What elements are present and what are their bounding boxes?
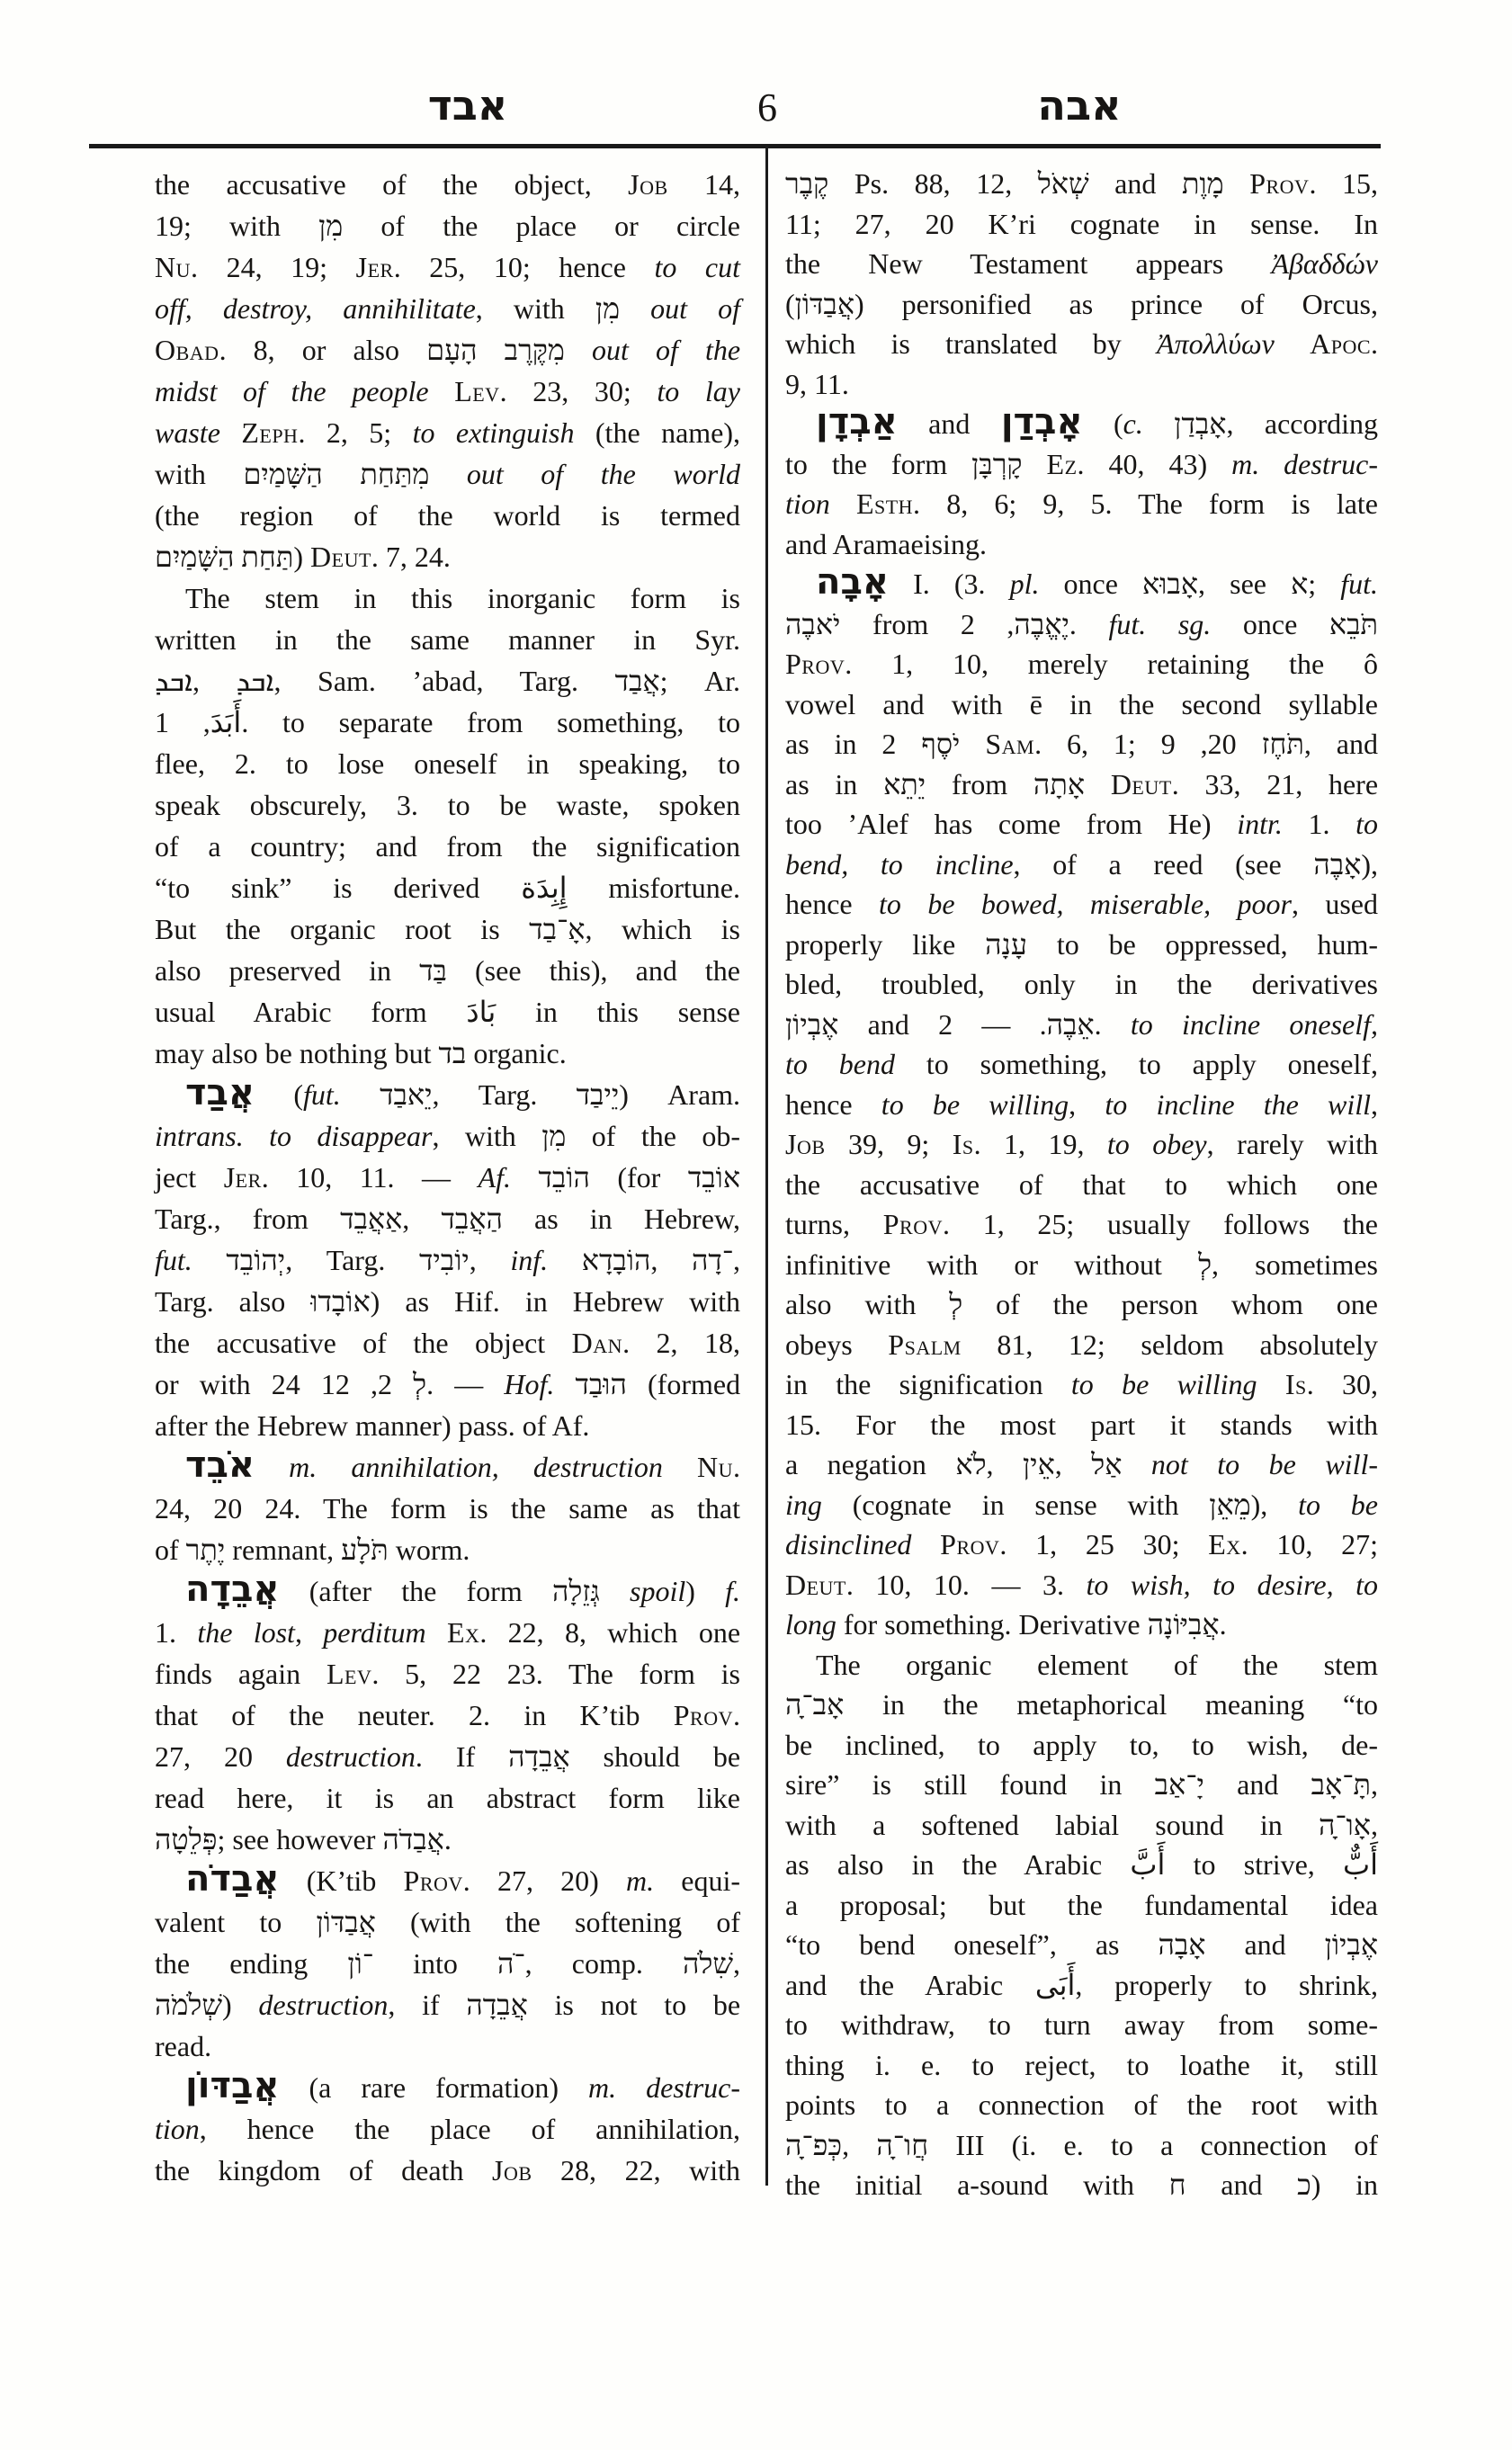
text-line: thing i. e. to reject, to loathe it, sti… (785, 2045, 1378, 2086)
dictionary-paragraph: קֶבֶר Ps. 88, 12, שְׁאֹל and מָוֶת Prov.… (785, 164, 1378, 404)
text-line: כְּפ־ָה,‎ חֲו־ָה III (i. e. to a connect… (785, 2125, 1378, 2166)
text-line: to withdraw, to turn away from some- (785, 2005, 1378, 2045)
text-line: the ending ־וֹן into ־ֹה, comp. שִׁלֹה, (155, 1943, 740, 1984)
text-line: אַבְדָן and אָבְדַן (c. אָבְדַן, accordi… (785, 404, 1378, 444)
text-line: the kingdom of death Job 28, 22, with (155, 2150, 740, 2191)
text-line: יֹאבֶה from יֶאֱבֶה, 2. fut. sg. once תֹ… (785, 604, 1378, 645)
text-line: Deut. 10, 10. — 3. to wish, to desire, t… (785, 1565, 1378, 1605)
dictionary-paragraph: אֲבֵדָה (after the form גְּזֵלָה spoil) … (155, 1570, 740, 1860)
text-line: bled, troubled, only in the derivatives (785, 964, 1378, 1005)
text-line: the New Testament appears Ἀβαδδών (785, 244, 1378, 284)
text-line: to bend to something, to apply oneself, (785, 1044, 1378, 1085)
text-line: intrans. to disappear, with מִן of the o… (155, 1115, 740, 1157)
text-line: אֲבַד (fut. יֵאבַד, Targ. יֵיבַד) Aram. (155, 1074, 740, 1115)
text-line: ject Jer. 10, 11. — Af. הוֹבֵד (for אוֹב… (155, 1157, 740, 1198)
text-line: flee, 2. to lose oneself in speaking, to (155, 743, 740, 784)
text-line: may also be nothing but בד organic. (155, 1033, 740, 1074)
text-line: too ’Alef has come from He) intr. 1. to (785, 804, 1378, 845)
text-line: obeys Psalm 81, 12; seldom absolutely (785, 1325, 1378, 1365)
dictionary-paragraph: אֲבַדּוֹן (a rare formation) m. destruc-… (155, 2067, 740, 2191)
text-line: hence to be bowed, miserable, poor, used (785, 884, 1378, 925)
text-line: read. (155, 2025, 740, 2067)
text-line: אָב־ָה in the metaphorical meaning “to (785, 1685, 1378, 1725)
text-line: the accusative of the object Dan. 2, 18, (155, 1322, 740, 1364)
text-line: after the Hebrew manner) pass. of Af. (155, 1405, 740, 1446)
column-divider (765, 146, 768, 2186)
text-line: also with לְ of the person whom one (785, 1284, 1378, 1325)
text-line: “to bend oneself”, as אָבָה and אֶבְיוֹן (785, 1925, 1378, 1965)
text-line: the accusative of that to which one (785, 1165, 1378, 1205)
text-line: תַּחַת הַשָּׁמַיִם) Deut. 7, 24. (155, 536, 740, 577)
text-line: The organic element of the stem (785, 1645, 1378, 1685)
page-number: 6 (691, 86, 844, 130)
text-line: אָבָה I. (3. pl. once אָבוּא, see א; fut… (785, 564, 1378, 604)
dictionary-paragraph: אֹבֵד m. annihilation, destruction Nu.24… (155, 1446, 740, 1570)
dictionary-paragraph: The organic element of the stemאָב־ָה in… (785, 1645, 1378, 2205)
text-line: as in יֹסֶף 2 Sam. 6, 1; תֹּחֶז 20, 9, a… (785, 724, 1378, 765)
text-line: 19; with מִן of the place or circle (155, 205, 740, 246)
page: אבד 6 אבה the accusative of the object, … (0, 0, 1512, 2450)
dictionary-paragraph: אֲבַד (fut. יֵאבַד, Targ. יֵיבַד) Aram.i… (155, 1074, 740, 1446)
text-line: פְּלֵטָה; see however אֲבַדֹה. (155, 1819, 740, 1860)
text-line: tion, hence the place of annihilation, (155, 2108, 740, 2150)
text-line: a negation לֹא,‎ אֵין,‎ אַל not to be wi… (785, 1444, 1378, 1485)
running-head-right: אבה (949, 83, 1210, 128)
right-column: קֶבֶר Ps. 88, 12, שְׁאֹל and מָוֶת Prov.… (785, 164, 1378, 2205)
text-line: with a softened labial sound in אָו־ָה, (785, 1805, 1378, 1846)
text-line: also preserved in בַּד (see this), and t… (155, 950, 740, 991)
left-column: the accusative of the object, Job 14,19;… (155, 164, 740, 2191)
text-line: Targ., from אַאֲבֵד,‎ הַאֲבֵד as in Hebr… (155, 1198, 740, 1239)
running-head-left: אבד (337, 83, 598, 128)
text-line: infinitive with or without לְ, sometimes (785, 1245, 1378, 1285)
text-line: أَبَدَ, 1. to separate from something, t… (155, 702, 740, 743)
text-line: Nu. 24, 19; Jer. 25, 10; hence to cut (155, 246, 740, 288)
text-line: written in the same manner in Syr. (155, 619, 740, 660)
text-line: in the signification to be willing Is. 3… (785, 1364, 1378, 1405)
text-line: to the form קָרְבָּן Ez. 40, 43) m. dest… (785, 444, 1378, 485)
text-line: with מִתַּחַת הַשָּׁמַיִם out of the wor… (155, 453, 740, 495)
dictionary-paragraph: אַבְדָן and אָבְדַן (c. אָבְדַן, accordi… (785, 404, 1378, 564)
text-line: valent to אֲבַדּוֹן (with the softening … (155, 1901, 740, 1943)
text-line: finds again Lev. 5, 22 23. The form is (155, 1653, 740, 1694)
text-line: read here, it is an abstract form like (155, 1777, 740, 1819)
text-line: that of the neuter. 2. in K’tib Prov. (155, 1694, 740, 1736)
text-line: Prov. 1, 10, merely retaining the ô (785, 644, 1378, 684)
text-line: 27, 20 destruction. If אֲבֵדָה should be (155, 1736, 740, 1777)
text-line: bend, to incline, of a reed (see אָבֶה), (785, 845, 1378, 885)
text-line: be inclined, to apply to, to wish, de- (785, 1725, 1378, 1766)
text-line: of a country; and from the signification (155, 826, 740, 867)
text-line: ܐܒܕ,‎ ܐܒܕ, Sam. ’abad, Targ. אֲבַד; Ar. (155, 660, 740, 702)
text-line: אֲבַדּוֹן (a rare formation) m. destruc- (155, 2067, 740, 2108)
text-line: But the organic root is אָ־בַד, which is (155, 908, 740, 950)
text-line: Obad. 8, or also מִקֶּרֶב הָעָם out of t… (155, 329, 740, 371)
text-line: usual Arabic form بَادَ in this sense (155, 991, 740, 1033)
text-line: waste Zeph. 2, 5; to extinguish (the nam… (155, 412, 740, 453)
text-line: and the Arabic أَبَى, properly to shrink… (785, 1965, 1378, 2006)
text-line: fut. יְהוֹבֵד, Targ. יוֹבִיד, inf. הוֹבָ… (155, 1239, 740, 1281)
text-line: 11; 27, 20 K’ri cognate in sense. In (785, 204, 1378, 245)
text-line: קֶבֶר Ps. 88, 12, שְׁאֹל and מָוֶת Prov.… (785, 164, 1378, 204)
header-rule (89, 144, 1381, 148)
text-line: as also in the Arabic أَبَّ to strive, أ… (785, 1845, 1378, 1885)
text-line: אֹבֵד m. annihilation, destruction Nu. (155, 1446, 740, 1488)
text-line: vowel and with ē in the second syllable (785, 684, 1378, 725)
text-line: or with לְ 2, 12 24. — Hof. הוּבַד (form… (155, 1364, 740, 1405)
text-line: 24, 20 24. The form is the same as that (155, 1488, 740, 1529)
dictionary-paragraph: The stem in this inorganic form iswritte… (155, 577, 740, 1074)
text-line: אֶבְיוֹן and אֵבֶה. — 2. to incline ones… (785, 1005, 1378, 1045)
text-line: and Aramaeising. (785, 524, 1378, 565)
text-line: שְׁלֹמֹה) destruction, if אֲבֵדָה is not… (155, 1984, 740, 2025)
text-line: properly like עָנָה to be oppressed, hum… (785, 925, 1378, 965)
text-line: long for something. Derivative אֲבִיּוֹנ… (785, 1605, 1378, 1645)
text-line: points to a connection of the root with (785, 2085, 1378, 2125)
text-line: speak obscurely, 3. to be waste, spoken (155, 784, 740, 826)
text-line: as in יֵתֵא from אָתָה Deut. 33, 21, her… (785, 765, 1378, 805)
text-line: (אֲבַדּוֹן) personified as prince of Orc… (785, 284, 1378, 325)
text-line: turns, Prov. 1, 25; usually follows the (785, 1204, 1378, 1245)
text-line: 1. the lost, perditum Ex. 22, 8, which o… (155, 1612, 740, 1653)
text-line: “to sink” is derived إِبِدَة misfortune. (155, 867, 740, 908)
text-line: ing (cognate in sense with מֵאֵן), to be (785, 1485, 1378, 1525)
dictionary-paragraph: אָבָה I. (3. pl. once אָבוּא, see א; fut… (785, 564, 1378, 1645)
text-line: which is translated by Ἀπολλύων Apoc. (785, 324, 1378, 364)
text-line: the initial a-sound with ח and כ) in (785, 2165, 1378, 2205)
text-line: the accusative of the object, Job 14, (155, 164, 740, 205)
text-line: tion Esth. 8, 6; 9, 5. The form is late (785, 484, 1378, 524)
dictionary-paragraph: the accusative of the object, Job 14,19;… (155, 164, 740, 577)
text-line: midst of the people Lev. 23, 30; to lay (155, 371, 740, 412)
text-line: of יֶתֶר remnant, תֹּלָע worm. (155, 1529, 740, 1570)
text-line: 15. For the most part it stands with (785, 1405, 1378, 1445)
text-line: Targ. also אוֹבָדוּ) as Hif. in Hebrew w… (155, 1281, 740, 1322)
text-line: sire” is still found in יָ־אַב and תָּ־א… (785, 1765, 1378, 1805)
text-line: hence to be willing, to incline the will… (785, 1085, 1378, 1125)
text-line: אֲבֵדָה (after the form גְּזֵלָה spoil) … (155, 1570, 740, 1612)
text-line: (the region of the world is termed (155, 495, 740, 536)
text-line: disinclined Prov. 1, 25 30; Ex. 10, 27; (785, 1525, 1378, 1565)
text-line: Job 39, 9; Is. 1, 19, to obey, rarely wi… (785, 1124, 1378, 1165)
text-line: The stem in this inorganic form is (155, 577, 740, 619)
text-line: אֲבַדֹה (K’tib Prov. 27, 20) m. equi- (155, 1860, 740, 1901)
text-line: a proposal; but the fundamental idea (785, 1885, 1378, 1926)
dictionary-paragraph: אֲבַדֹה (K’tib Prov. 27, 20) m. equi-val… (155, 1860, 740, 2067)
text-line: off, destroy, annihilitate, with מִן out… (155, 288, 740, 329)
text-line: 9, 11. (785, 364, 1378, 405)
